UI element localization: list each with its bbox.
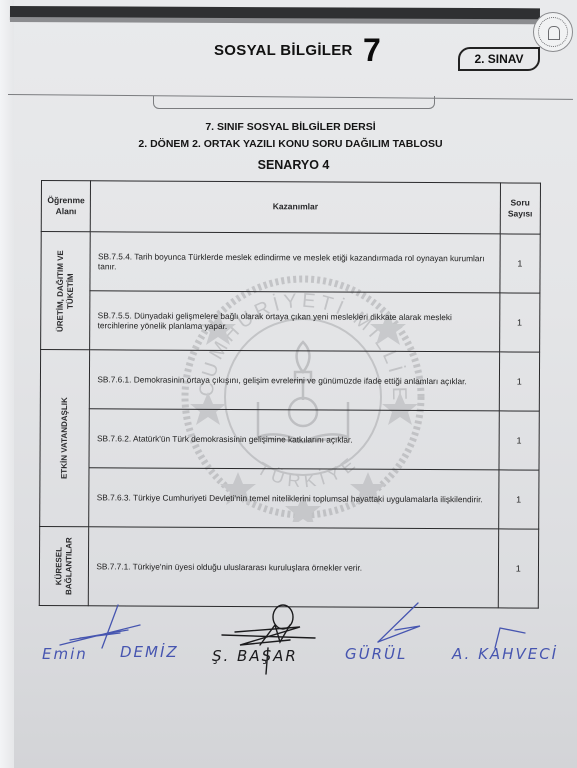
table-heading: 2. DÖNEM 2. ORTAK YAZILI KONU SORU DAĞIL… <box>2 138 577 150</box>
question-count: 1 <box>498 529 539 608</box>
signature-name: GÜRÜL <box>345 645 407 663</box>
area-cell-production: ÜRETİM, DAĞITIM VE TÜKETİM <box>41 232 91 350</box>
header-learning-area: Öğrenme Alanı <box>41 181 91 232</box>
outcome-text: SB.7.7.1. Türkiye'nin üyesi olduğu ulusl… <box>89 527 499 608</box>
signature-name: DEMİZ <box>120 643 179 661</box>
meb-seal-icon <box>533 12 573 52</box>
question-count: 1 <box>499 352 540 411</box>
exam-badge: 2. SINAV <box>458 47 540 71</box>
course-heading: 7. SINIF SOSYAL BİLGİLER DERSİ <box>2 121 577 133</box>
table-row: SB.7.5.5. Dünyadaki gelişmelere bağlı ol… <box>41 291 540 353</box>
table-row: SB.7.6.3. Türkiye Cumhuriyeti Devleti'ni… <box>40 467 539 529</box>
outcome-text: SB.7.6.1. Demokrasinin ortaya çıkışını, … <box>90 350 500 411</box>
exam-badge-label: 2. SINAV <box>474 52 523 66</box>
table-header-row: Öğrenme Alanı Kazanımlar Soru Sayısı <box>41 181 540 235</box>
area-cell-global: KÜRESEL BAĞLANTILAR <box>39 526 89 605</box>
header-question-count: Soru Sayısı <box>500 183 541 234</box>
question-count: 1 <box>498 470 539 529</box>
table-row: ÜRETİM, DAĞITIM VE TÜKETİM SB.7.5.4. Tar… <box>41 232 540 294</box>
signature-area: Emin DEMİZ Ş. BAŞAR GÜRÜL A. KAHVECİ <box>0 600 577 680</box>
paper-edge <box>0 0 14 768</box>
subject-title: SOSYAL BİLGİLER <box>214 42 353 59</box>
signature-name: Ş. BAŞAR <box>212 647 298 665</box>
table-row: KÜRESEL BAĞLANTILAR SB.7.7.1. Türkiye'ni… <box>39 526 538 608</box>
header-tab-shape <box>153 96 435 109</box>
signature-name: A. KAHVECİ <box>452 645 558 663</box>
area-cell-citizenship: ETKİN VATANDAŞLIK <box>40 350 90 527</box>
scenario-heading: SENARYO 4 <box>5 158 577 172</box>
area-label: ÜRETİM, DAĞITIM VE TÜKETİM <box>56 250 76 332</box>
signature-scribbles-icon <box>0 600 577 680</box>
area-label: KÜRESEL BAĞLANTILAR <box>54 537 73 595</box>
outcome-text: SB.7.5.4. Tarih boyunca Türklerde meslek… <box>90 232 500 293</box>
question-count: 1 <box>499 293 540 352</box>
outcome-text: SB.7.6.3. Türkiye Cumhuriyeti Devleti'ni… <box>89 468 499 529</box>
area-label: ETKİN VATANDAŞLIK <box>60 397 70 479</box>
question-count: 1 <box>499 411 540 470</box>
table-row: ETKİN VATANDAŞLIK SB.7.6.1. Demokrasinin… <box>40 350 539 412</box>
outcome-text: SB.7.6.2. Atatürk'ün Türk demokrasisinin… <box>89 409 499 470</box>
grade-number: 7 <box>363 34 381 66</box>
topic-distribution-table: Öğrenme Alanı Kazanımlar Soru Sayısı ÜRE… <box>39 180 541 609</box>
header-outcomes: Kazanımlar <box>91 181 501 234</box>
signature-name: Emin <box>42 645 88 663</box>
question-count: 1 <box>500 234 541 293</box>
header-band-shadow <box>10 17 538 24</box>
table-row: SB.7.6.2. Atatürk'ün Türk demokrasisinin… <box>40 408 539 470</box>
outcome-text: SB.7.5.5. Dünyadaki gelişmelere bağlı ol… <box>90 291 500 352</box>
